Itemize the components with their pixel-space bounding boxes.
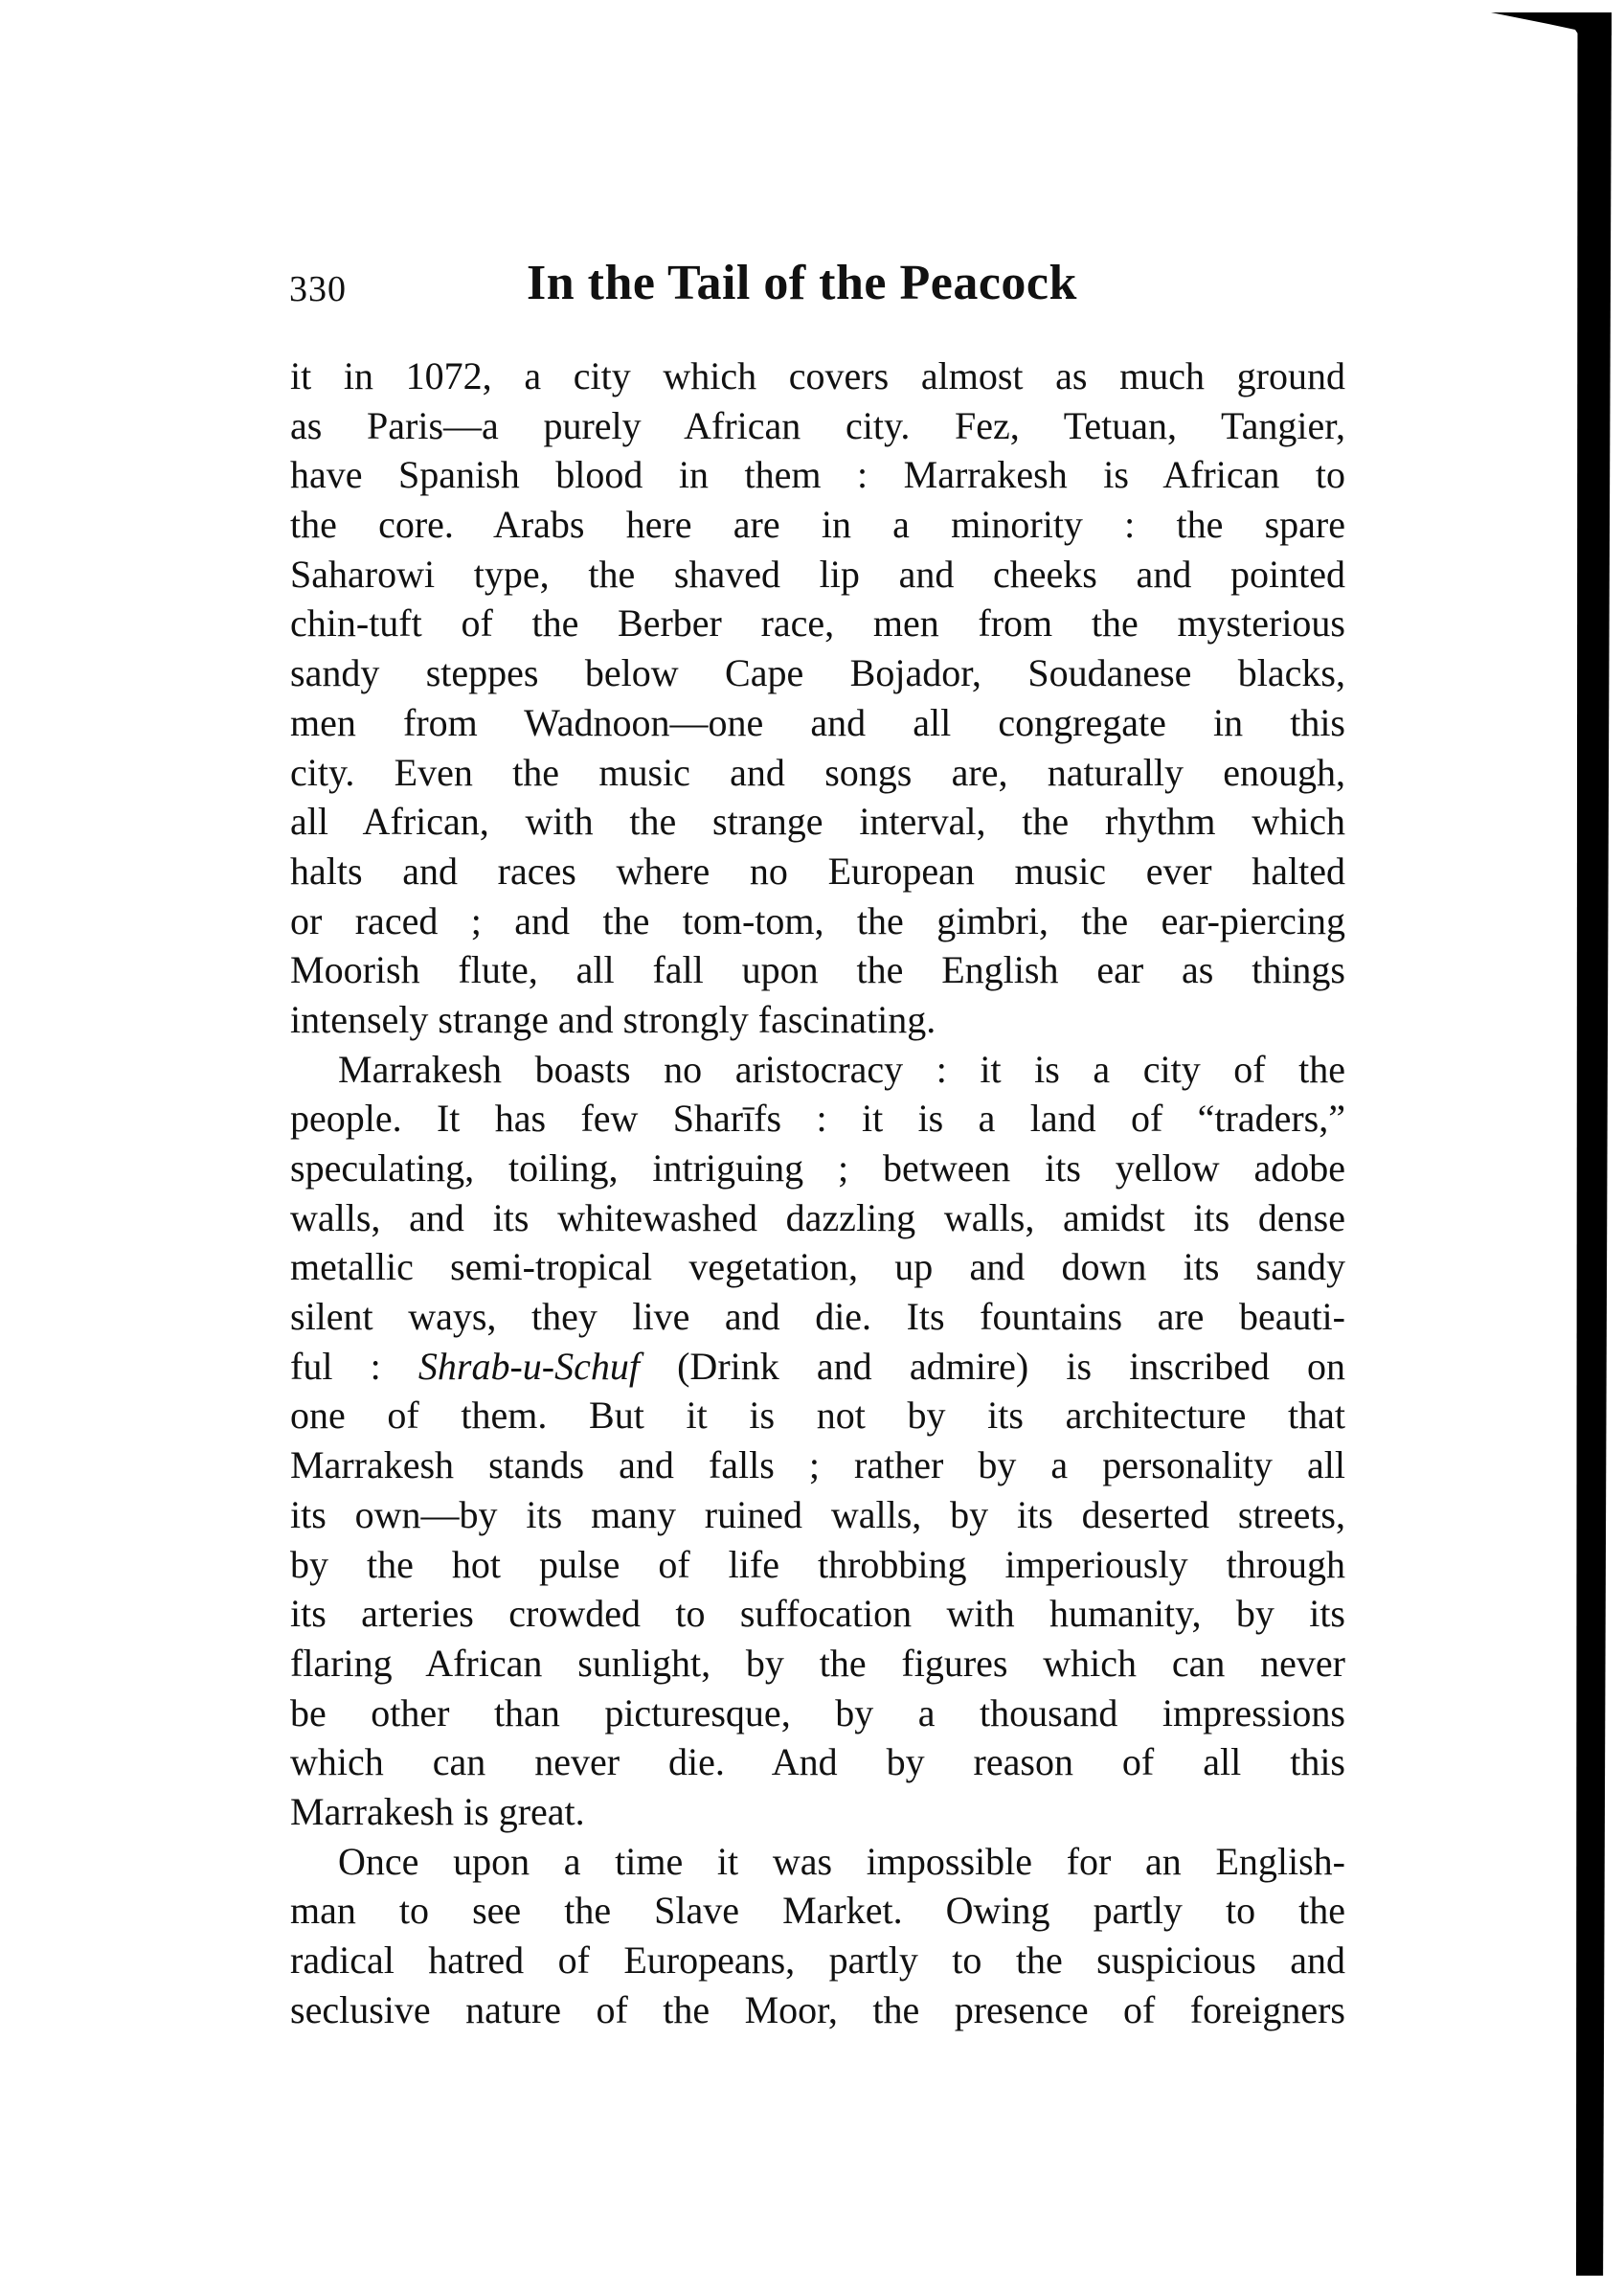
text-line: people. It has few Sharīfs : it is a lan… xyxy=(290,1094,1345,1144)
book-page: 330 In the Tail of the Peacock it in 107… xyxy=(0,0,1624,2290)
text-line: the core. Arabs here are in a minority :… xyxy=(290,500,1345,550)
text-line: be other than picturesque, by a thousand… xyxy=(290,1689,1345,1738)
text-line: by the hot pulse of life throbbing imper… xyxy=(290,1540,1345,1590)
text-line: halts and races where no European music … xyxy=(290,847,1345,896)
text-line: or raced ; and the tom-tom, the gimbri, … xyxy=(290,896,1345,946)
running-title: In the Tail of the Peacock xyxy=(527,257,1077,310)
text-line: speculating, toiling, intriguing ; betwe… xyxy=(290,1144,1345,1193)
running-head: 330 In the Tail of the Peacock xyxy=(287,257,1130,314)
text-line: radical hatred of Europeans, partly to t… xyxy=(290,1936,1345,1985)
text-line: one of them. But it is not by its archit… xyxy=(290,1391,1345,1440)
text-line: its own—by its many ruined walls, by its… xyxy=(290,1490,1345,1540)
text-line: Once upon a time it was impossible for a… xyxy=(290,1837,1345,1887)
text-line: Marrakesh boasts no aristocracy : it is … xyxy=(290,1045,1345,1095)
text-line: men from Wadnoon—one and all congregate … xyxy=(290,698,1345,748)
text-line: Marrakesh stands and falls ; rather by a… xyxy=(290,1440,1345,1490)
body-text: it in 1072, a city which covers almost a… xyxy=(290,351,1345,2034)
text-line: silent ways, they live and die. Its foun… xyxy=(290,1292,1345,1342)
text-line: intensely strange and strongly fascinati… xyxy=(290,995,1345,1045)
text-line: man to see the Slave Market. Owing partl… xyxy=(290,1886,1345,1936)
text-line: walls, and its whitewashed dazzling wall… xyxy=(290,1193,1345,1243)
page-number: 330 xyxy=(289,268,347,310)
text-line: chin-tuft of the Berber race, men from t… xyxy=(290,599,1345,648)
text-line: Saharowi type, the shaved lip and cheeks… xyxy=(290,550,1345,600)
paragraph-3: Once upon a time it was impossible for a… xyxy=(290,1837,1345,2035)
text-line: it in 1072, a city which covers almost a… xyxy=(290,351,1345,401)
text-line: as Paris—a purely African city. Fez, Tet… xyxy=(290,401,1345,451)
text-line: its arteries crowded to suffocation with… xyxy=(290,1589,1345,1639)
paragraph-1: it in 1072, a city which covers almost a… xyxy=(290,351,1345,1045)
page-edge-shadow xyxy=(1576,12,1612,2276)
text-line: which can never die. And by reason of al… xyxy=(290,1737,1345,1787)
text-line-with-italic: ful : Shrab-u-Schuf (Drink and admire) i… xyxy=(290,1342,1345,1392)
text-line: city. Even the music and songs are, natu… xyxy=(290,748,1345,798)
text-line: seclusive nature of the Moor, the presen… xyxy=(290,1985,1345,2035)
text-line: all African, with the strange interval, … xyxy=(290,797,1345,847)
text-line: flaring African sunlight, by the figures… xyxy=(290,1639,1345,1689)
text-fragment: ful : xyxy=(290,1345,418,1388)
text-fragment: (Drink and admire) is inscribed on xyxy=(640,1345,1345,1388)
italic-phrase: Shrab-u-Schuf xyxy=(418,1345,640,1388)
paragraph-2: Marrakesh boasts no aristocracy : it is … xyxy=(290,1045,1345,1837)
text-line: sandy steppes below Cape Bojador, Soudan… xyxy=(290,648,1345,698)
text-line: have Spanish blood in them : Marrakesh i… xyxy=(290,450,1345,500)
text-line: Marrakesh is great. xyxy=(290,1787,1345,1837)
text-line: metallic semi-tropical vegetation, up an… xyxy=(290,1242,1345,1292)
text-line: Moorish flute, all fall upon the English… xyxy=(290,945,1345,995)
